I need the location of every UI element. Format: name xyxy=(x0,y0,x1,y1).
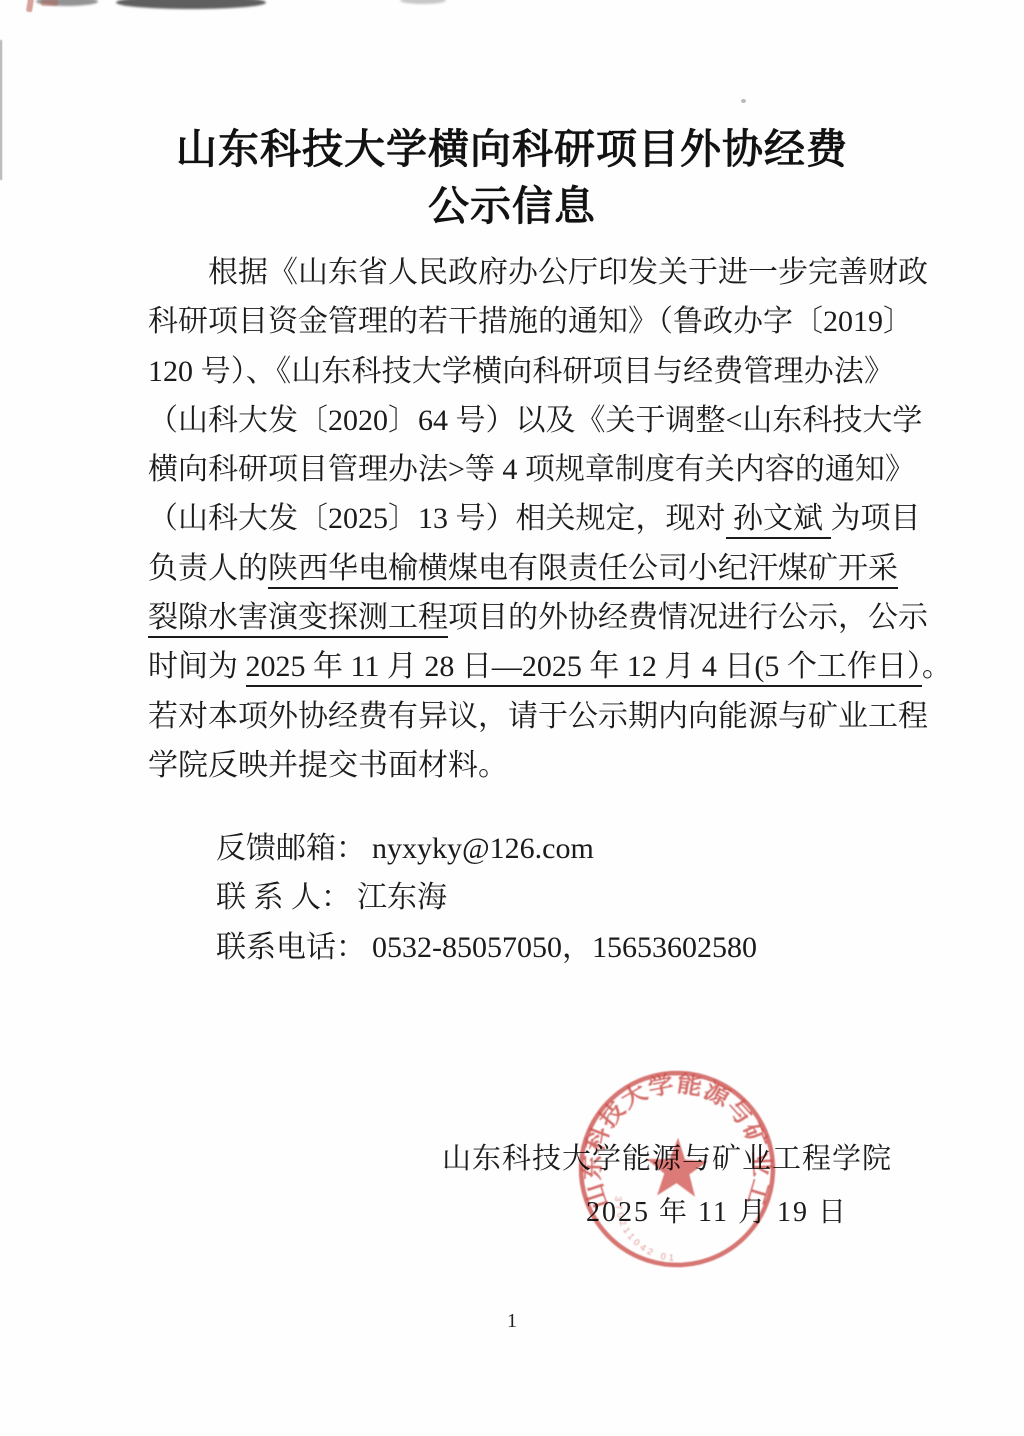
body-text: 根据《山东省人民政府办公厅印发关于进一步完善财政 xyxy=(208,256,928,289)
seal-graphic: 山东科技大学能源与矿业工程学院 370211042 01 xyxy=(573,1065,782,1274)
red-ink-mark xyxy=(41,0,58,6)
contact-value: nyxyky@126.com xyxy=(372,824,594,873)
body-line: 学院反映并提交书面材料。 xyxy=(148,741,894,790)
contact-value: 江东海 xyxy=(357,873,447,922)
body-line: （山科大发〔2020〕64 号）以及《关于调整<山东科技大学 xyxy=(148,396,894,445)
body-line: 横向科研项目管理办法>等 4 项规章制度有关内容的通知》 xyxy=(148,445,894,494)
body-text: 若对本项外协经费有异议，请于公示期内向能源与矿业工程 xyxy=(148,700,928,733)
document-title: 山东科技大学横向科研项目外协经费 公示信息 xyxy=(0,121,1024,235)
contact-label: 联 系 人： xyxy=(216,873,351,922)
body-line: （山科大发〔2025〕13 号）相关规定，现对 孙文斌 为项目 xyxy=(148,494,894,543)
body-text: 时间为 xyxy=(148,650,246,683)
contact-line: 联系电话：0532-85057050，15653602580 xyxy=(216,923,757,972)
body-line: 若对本项外协经费有异议，请于公示期内向能源与矿业工程 xyxy=(148,692,894,741)
underlined-text: 裂隙水害演变探测工程 xyxy=(148,601,448,638)
body-text: 负责人的 xyxy=(148,552,268,585)
seal-star-icon xyxy=(645,1137,708,1198)
document-title-line2: 公示信息 xyxy=(0,178,1024,235)
seal-ring-text: 山东科技大学能源与矿业工程学院 xyxy=(573,1065,780,1219)
seal-serial-number: 370211042 01 xyxy=(611,1196,680,1263)
red-ink-mark xyxy=(26,0,34,12)
body-paragraph: 根据《山东省人民政府办公厅印发关于进一步完善财政科研项目资金管理的若干措施的通知… xyxy=(148,248,894,790)
scan-smudge xyxy=(400,0,446,4)
page-number: 1 xyxy=(0,1310,1024,1333)
body-text: （山科大发〔2025〕13 号）相关规定，现对 xyxy=(148,502,726,535)
underlined-text: 陕西华电榆横煤电有限责任公司小纪汗煤矿开采 xyxy=(268,552,898,589)
body-line: 科研项目资金管理的若干措施的通知》（鲁政办字〔2019〕 xyxy=(148,297,894,346)
official-seal: 山东科技大学能源与矿业工程学院 370211042 01 xyxy=(573,1065,782,1274)
body-text: 学院反映并提交书面材料。 xyxy=(148,749,508,782)
body-line: 120 号）、《山东科技大学横向科研项目与经费管理办法》 xyxy=(148,347,894,396)
body-text: 为项目 xyxy=(831,502,921,535)
scan-speck xyxy=(741,99,746,103)
contact-block: 反馈邮箱：nyxyky@126.com联 系 人：江东海联系电话：0532-85… xyxy=(216,824,757,972)
body-line: 负责人的陕西华电榆横煤电有限责任公司小纪汗煤矿开采 xyxy=(148,544,894,593)
body-text: （山科大发〔2020〕64 号）以及《关于调整<山东科技大学 xyxy=(148,404,922,437)
body-line: 根据《山东省人民政府办公厅印发关于进一步完善财政 xyxy=(148,248,894,297)
contact-value: 0532-85057050，15653602580 xyxy=(372,923,757,972)
body-line: 时间为 2025 年 11 月 28 日—2025 年 12 月 4 日(5 个… xyxy=(148,642,894,691)
document-title-line1: 山东科技大学横向科研项目外协经费 xyxy=(0,121,1024,178)
scan-smudge xyxy=(116,0,266,9)
contact-line: 联 系 人：江东海 xyxy=(216,873,757,922)
contact-label: 联系电话： xyxy=(216,923,366,972)
underlined-text: 2025 年 11 月 28 日—2025 年 12 月 4 日(5 个工作日） xyxy=(246,650,922,687)
body-line: 裂隙水害演变探测工程项目的外协经费情况进行公示，公示 xyxy=(148,593,894,642)
contact-label: 反馈邮箱： xyxy=(216,824,366,873)
body-text: 120 号）、《山东科技大学横向科研项目与经费管理办法》 xyxy=(148,355,894,388)
body-text: 科研项目资金管理的若干措施的通知》（鲁政办字〔2019〕 xyxy=(148,305,913,338)
contact-line: 反馈邮箱：nyxyky@126.com xyxy=(216,824,757,873)
body-text: 横向科研项目管理办法>等 4 项规章制度有关内容的通知》 xyxy=(148,453,915,486)
body-text: 。 xyxy=(922,650,952,683)
body-text: 项目的外协经费情况进行公示，公示 xyxy=(448,601,928,634)
underlined-text: 孙文斌 xyxy=(726,502,831,539)
document-page: 山东科技大学横向科研项目外协经费 公示信息 根据《山东省人民政府办公厅印发关于进… xyxy=(0,0,1024,1436)
